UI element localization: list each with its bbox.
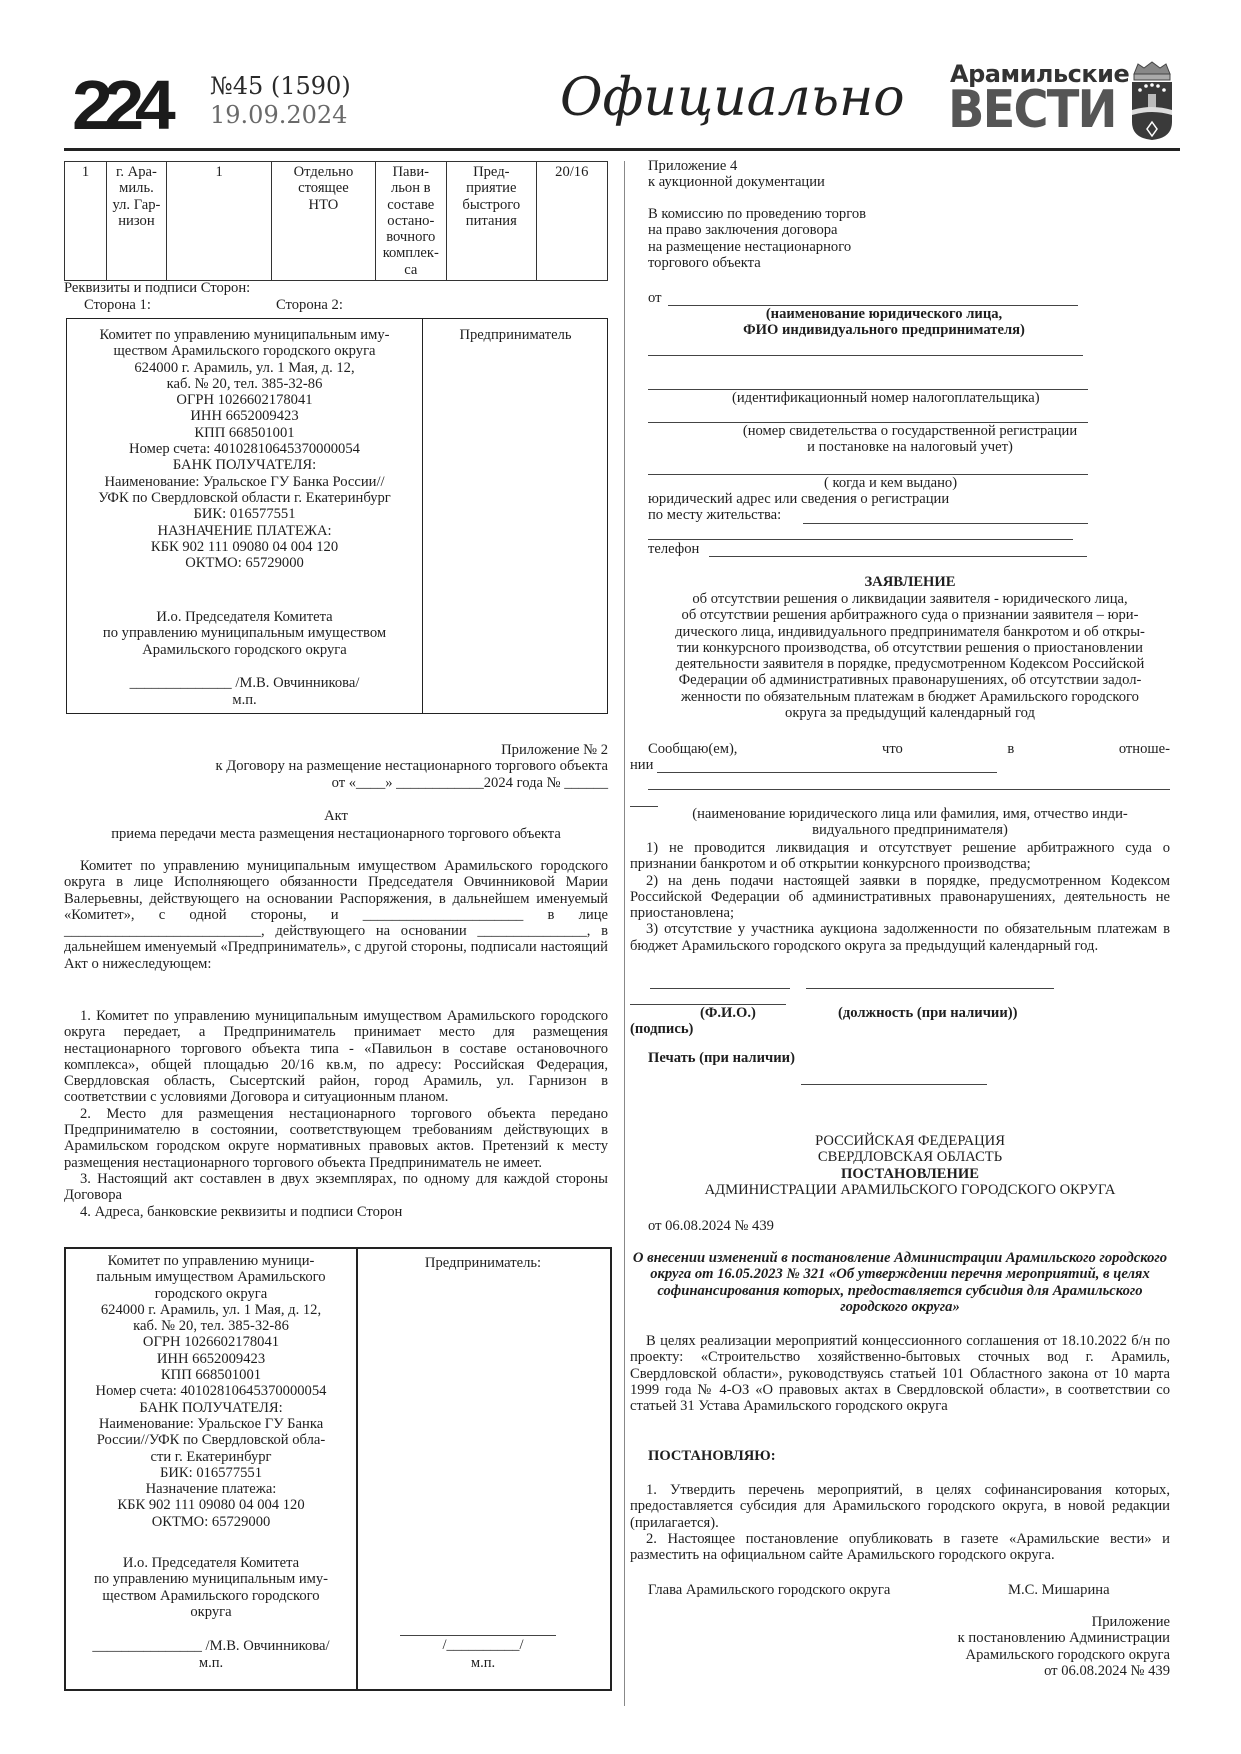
committee-signature-2: _______________ /М.В. Овчинникова/: [66, 1638, 356, 1654]
name-caption: (наименование юридического лица или фами…: [640, 806, 1180, 839]
report-line: Сообщаю(ем), что в отноше-: [648, 741, 1170, 757]
statement-line: Федерации об административных правонаруш…: [634, 672, 1186, 688]
inn-caption: (идентификационный номер налогоплательщи…: [732, 390, 1040, 406]
addressee-block: В комиссию по проведению торговна право …: [648, 206, 866, 271]
committee-requisites-2: Комитет по управлению муници-пальным иму…: [66, 1249, 356, 1530]
requisite-line: УФК по Свердловской области г. Екатеринб…: [67, 490, 422, 506]
requisite-line: ИНН 6652009423: [66, 1351, 356, 1367]
statement-description: об отсутствии решения о ликвидации заяви…: [634, 591, 1186, 721]
seal-field[interactable]: [801, 1084, 987, 1085]
requisite-line: ОГРН 1026602178041: [67, 392, 422, 408]
newspaper-logo-number: 224: [72, 70, 166, 140]
requisites-box-2: Комитет по управлению муници-пальным иму…: [64, 1247, 612, 1691]
committee-signer-2: И.о. Председателя Комитетапо управлению …: [66, 1555, 356, 1620]
decree-head-line: СВЕРДЛОВСКАЯ ОБЛАСТЬ: [640, 1149, 1180, 1165]
phone-label: телефон: [648, 541, 699, 557]
statement-point: 1) не проводится ликвидация и отсутствуе…: [630, 840, 1170, 873]
decree-items: 1. Утвердить перечень мероприятий, в цел…: [630, 1482, 1170, 1563]
certificate-caption: (номер свидетельства о государственной р…: [690, 423, 1130, 456]
decree-header: РОССИЙСКАЯ ФЕДЕРАЦИЯ СВЕРДЛОВСКАЯ ОБЛАСТ…: [640, 1133, 1180, 1198]
decree-head-line: РОССИЙСКАЯ ФЕДЕРАЦИЯ: [640, 1133, 1180, 1149]
annex-4-header: Приложение 4 к аукционной документации: [648, 158, 825, 191]
decree-item: 2. Настоящее постановление опубликовать …: [630, 1531, 1170, 1564]
decree-date-number: от 06.08.2024 № 439: [648, 1218, 774, 1234]
table-cell: Пави- льон в составе остано- вочного ком…: [375, 162, 447, 281]
from-caption: (наименование юридического лица, ФИО инд…: [648, 306, 1120, 339]
act-item: 4. Адреса, банковские реквизиты и подпис…: [64, 1204, 608, 1220]
table-cell: 1: [166, 162, 271, 281]
act-items: 1. Комитет по управлению муниципальным и…: [64, 1008, 608, 1220]
position-caption: (должность (при наличии)): [838, 1005, 1017, 1021]
table-row: 1 г. Ара- миль. ул. Гар- низон 1 Отдельн…: [65, 162, 608, 281]
decree-title: О внесении изменений в постановление Адм…: [630, 1250, 1170, 1315]
fio-field[interactable]: [650, 988, 790, 989]
caption-line: (наименование юридического лица,: [648, 306, 1120, 322]
addressee-line: на право заключения договора: [648, 222, 866, 238]
committee-details-2: Комитет по управлению муници-пальным иму…: [66, 1249, 358, 1689]
label-line: юридический адрес или сведения о регистр…: [648, 491, 949, 507]
decree-item: 1. Утвердить перечень мероприятий, в цел…: [630, 1482, 1170, 1531]
committee-requisites: Комитет по управлению муниципальным иму-…: [67, 319, 422, 571]
requisite-line: ществом Арамильского городского округа: [67, 343, 422, 359]
annex-2-title: Приложение № 2: [64, 742, 608, 758]
requisite-line: КПП 668501001: [66, 1367, 356, 1383]
entrepreneur-stamp: м.п.: [358, 1655, 608, 1671]
committee-signer: И.о. Председателя Комитетапо управлению …: [67, 609, 422, 658]
addressee-line: на размещение нестационарного: [648, 239, 866, 255]
report-word: отноше-: [1119, 741, 1170, 757]
blank-field[interactable]: [648, 355, 1083, 356]
brand-name-main: ВЕСТИ: [948, 82, 1116, 138]
report-word: что: [882, 741, 903, 757]
table-cell: Пред- приятие быстрого питания: [447, 162, 537, 281]
annex-2-date: от «____» ____________2024 года № ______: [64, 775, 608, 791]
statement-line: округа за предыдущий календарный год: [634, 705, 1186, 721]
requisite-line: Наименование: Уральское ГУ Банка России/…: [67, 474, 422, 490]
requisite-line: Комитет по управлению муниципальным иму-: [67, 327, 422, 343]
report-cont: нии: [630, 757, 653, 773]
from-label: от: [648, 290, 661, 306]
caption-line: видуального предпринимателя): [640, 822, 1180, 838]
requisite-line: Номер счета: 40102810645370000054: [66, 1383, 356, 1399]
act-item: 3. Настоящий акт составлен в двух экземп…: [64, 1171, 608, 1204]
subject-field-2[interactable]: [648, 789, 1170, 790]
position-field[interactable]: [806, 988, 1054, 989]
table-cell: г. Ара- миль. ул. Гар- низон: [106, 162, 166, 281]
requisite-line: ИНН 6652009423: [67, 408, 422, 424]
requisite-line: БАНК ПОЛУЧАТЕЛЯ:: [66, 1400, 356, 1416]
head-name: М.С. Мишарина: [1008, 1582, 1110, 1598]
side-2-label: Сторона 2:: [276, 297, 343, 313]
requisites-title: Реквизиты и подписи Сторон:: [64, 280, 250, 296]
report-word: в: [1007, 741, 1014, 757]
requisite-line: Комитет по управлению муници-: [66, 1253, 356, 1269]
caption-line: ФИО индивидуального предпринимателя): [648, 322, 1120, 338]
address-label: юридический адрес или сведения о регистр…: [648, 491, 949, 524]
requisites-box-1: Комитет по управлению муниципальным иму-…: [66, 318, 608, 714]
entrepreneur-signature: /__________/: [358, 1637, 608, 1653]
signer-line: по управлению муниципальным иму-: [66, 1571, 356, 1587]
committee-signature: ______________ /М.В. Овчинникова/: [67, 675, 422, 691]
signer-line: И.о. Председателя Комитета: [67, 609, 422, 625]
issue-date: 19.09.2024: [210, 101, 347, 129]
decree-preamble: В целях реализации мероприятий концессио…: [630, 1333, 1170, 1414]
caption-line: и постановке на налоговый учет): [690, 439, 1130, 455]
requisite-line: ОКТМО: 65729000: [66, 1514, 356, 1530]
caption-line: (наименование юридического лица или фами…: [640, 806, 1180, 822]
requisite-line: КБК 902 111 09080 04 004 120: [67, 539, 422, 555]
annex-line: от 06.08.2024 № 439: [830, 1663, 1170, 1679]
stamp-label: м.п.: [67, 692, 422, 708]
statement-point: 2) на день подачи настоящей заявки в пор…: [630, 873, 1170, 922]
requisite-line: БИК: 016577551: [66, 1465, 356, 1481]
decree-resolve: ПОСТАНОВЛЯЮ:: [648, 1448, 776, 1464]
act-subtitle: приема передачи места размещения нестаци…: [64, 826, 608, 842]
signer-line: округа: [66, 1604, 356, 1620]
entrepreneur-title-2: Предприниматель:: [358, 1255, 608, 1271]
statement-line: дического лица, индивидуального предприн…: [634, 624, 1186, 640]
requisite-line: пальным имуществом Арамильского: [66, 1269, 356, 1285]
annex-line: Арамильского городского округа: [830, 1647, 1170, 1663]
decree-org: АДМИНИСТРАЦИИ АРАМИЛЬСКОГО ГОРОДСКОГО ОК…: [640, 1182, 1180, 1198]
statement-points: 1) не проводится ликвидация и отсутствуе…: [630, 840, 1170, 954]
signer-line: по управлению муниципальным имуществом: [67, 625, 422, 641]
header-rule: [64, 148, 1180, 151]
signature-line: [400, 1635, 556, 1636]
decree-annex: Приложениек постановлению АдминистрацииА…: [830, 1614, 1170, 1679]
report-word: Сообщаю(ем),: [648, 741, 737, 757]
annex-line: к постановлению Администрации: [830, 1630, 1170, 1646]
requisite-line: 624000 г. Арамиль, ул. 1 Мая, д. 12,: [66, 1302, 356, 1318]
city-coat-of-arms-icon: [1128, 60, 1176, 142]
requisite-line: Номер счета: 40102810645370000054: [67, 441, 422, 457]
requisite-line: БИК: 016577551: [67, 506, 422, 522]
caption-line: (номер свидетельства о государственной р…: [690, 423, 1130, 439]
fio-caption: (Ф.И.О.): [700, 1005, 756, 1021]
act-item: 2. Место для размещения нестационарного …: [64, 1106, 608, 1171]
address-field-2[interactable]: [648, 539, 1073, 540]
statement-line: деятельности заявителя в порядке, предус…: [634, 656, 1186, 672]
section-title: Официально: [560, 66, 905, 130]
requisite-line: ОКТМО: 65729000: [67, 555, 422, 571]
label-line: по месту жительства:: [648, 507, 949, 523]
annex-4-title: Приложение 4: [648, 158, 825, 174]
table-cell: Отдельно стоящее НТО: [272, 162, 375, 281]
signature-caption: (подпись): [630, 1021, 693, 1037]
requisite-line: НАЗНАЧЕНИЕ ПЛАТЕЖА:: [67, 523, 422, 539]
statement-title: ЗАЯВЛЕНИЕ: [640, 574, 1180, 590]
requisite-line: КПП 668501001: [67, 425, 422, 441]
annex-2-header: Приложение № 2 к Договору на размещение …: [64, 742, 608, 791]
statement-point: 3) отсутствие у участника аукциона задол…: [630, 921, 1170, 954]
signer-line: И.о. Председателя Комитета: [66, 1555, 356, 1571]
seal-label: Печать (при наличии): [648, 1050, 795, 1066]
side-1-label: Сторона 1:: [84, 297, 151, 313]
requisite-line: КБК 902 111 09080 04 004 120: [66, 1497, 356, 1513]
statement-line: тии конкурсного производства, об отсутст…: [634, 640, 1186, 656]
decree-type: ПОСТАНОВЛЕНИЕ: [640, 1166, 1180, 1182]
annex-2-subtitle: к Договору на размещение нестационарного…: [64, 758, 608, 774]
statement-line: женности по обязательным платежам в бюдж…: [634, 689, 1186, 705]
act-intro: Комитет по управлению муниципальным имущ…: [64, 858, 608, 972]
requisite-line: России//УФК по Свердловской обла-: [66, 1432, 356, 1448]
requisite-line: сти г. Екатеринбург: [66, 1449, 356, 1465]
requisite-line: каб. № 20, тел. 385-32-86: [67, 376, 422, 392]
issued-caption: ( когда и кем выдано): [824, 475, 957, 491]
statement-line: об отсутствии решения арбитражного суда …: [634, 607, 1186, 623]
entrepreneur-title: Предприниматель: [424, 327, 607, 343]
nto-table: 1 г. Ара- миль. ул. Гар- низон 1 Отдельн…: [64, 161, 608, 281]
act-item: 1. Комитет по управлению муниципальным и…: [64, 1008, 608, 1106]
column-divider: [624, 161, 625, 1706]
requisite-line: городского округа: [66, 1286, 356, 1302]
act-title: Акт: [64, 808, 608, 824]
stamp-label-2: м.п.: [66, 1655, 356, 1671]
addressee-line: В комиссию по проведению торгов: [648, 206, 866, 222]
signer-line: ществом Арамильского городского: [66, 1588, 356, 1604]
requisite-line: каб. № 20, тел. 385-32-86: [66, 1318, 356, 1334]
subject-field[interactable]: [657, 772, 997, 773]
requisite-line: БАНК ПОЛУЧАТЕЛЯ:: [67, 457, 422, 473]
requisite-line: 624000 г. Арамиль, ул. 1 Мая, д. 12,: [67, 360, 422, 376]
requisite-line: ОГРН 1026602178041: [66, 1334, 356, 1350]
issue-number: №45 (1590): [210, 72, 351, 100]
requisite-line: Наименование: Уральское ГУ Банка: [66, 1416, 356, 1432]
committee-details: Комитет по управлению муниципальным иму-…: [67, 319, 423, 713]
statement-line: об отсутствии решения о ликвидации заяви…: [634, 591, 1186, 607]
phone-field[interactable]: [709, 556, 1087, 557]
table-cell: 20/16: [536, 162, 607, 281]
table-cell: 1: [65, 162, 107, 281]
requisite-line: Назначение платежа:: [66, 1481, 356, 1497]
signer-line: Арамильского городского округа: [67, 642, 422, 658]
address-field[interactable]: [803, 523, 1088, 524]
annex-line: Приложение: [830, 1614, 1170, 1630]
addressee-line: торгового объекта: [648, 255, 866, 271]
head-title: Глава Арамильского городского округа: [648, 1582, 890, 1598]
annex-4-subtitle: к аукционной документации: [648, 174, 825, 190]
